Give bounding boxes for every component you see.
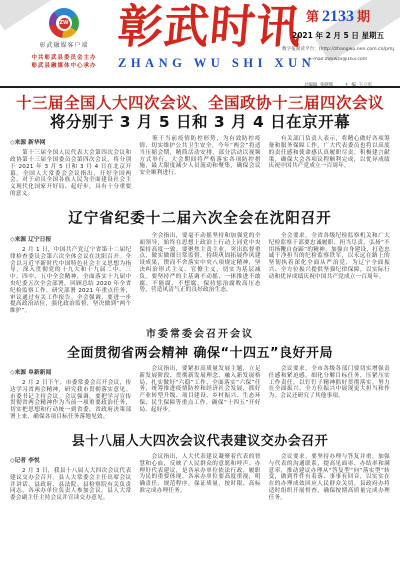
front-page-content: 十三届全国人大四次会议、全国政协十三届四次会议 将分别于 3 月 5 日和 3 … [0,94,400,502]
story3-headline: 全面贯彻省两会精神 确保“十四五”良好开局 [10,342,390,361]
story2-column-1: ◇来源 辽宁日报 2 月 1 日，中国共产党辽宁省第十二届纪律检查委员会第六次全… [10,233,131,315]
story1-column-2: 鉴于当前疫情防控形势，为有效防控疫情、切实维护公共卫生安全，今年“两会”将适当压… [139,136,260,198]
story4-columns: ◇记者 李悦 2 月 3 日，我县十八届人大四次会议代表建议交办会召开。县人大常… [10,454,390,502]
masthead: ZW 彰武融媒客户端 中共彰武县委员会主办 彰武县融媒体中心承办 彰武时讯 ZH… [0,0,400,88]
staff-credits: 总编辑 张晓辉 主 编 王立军 责 编 李丹丹 校 对 刘志强 [282,67,394,88]
story1-column-1: ◇来源 新华网 第十三届全国人民代表大会第四次会议和政协第十三届全国委员会第四次… [10,136,131,198]
pinwheel-logo-icon: ZW [49,8,79,38]
masthead-issue-block: 第2133期 2021 年 2 月 5 日 星期五 数字报阅读平台：(http:… [282,6,394,88]
story3-column-1: ◇来源 阜新新闻 2 月 2 日下午，市委常委会召开会议，传达学习省两会精神，研… [10,366,131,421]
staff-credits-row1: 总编辑 张晓辉 主 编 王立军 [282,82,394,88]
story1-headline-line2: 将分别于 3 月 5 日和 3 月 4 日在京开幕 [10,113,390,132]
story1-body-col3: 有关部门负责人表示，将精心做好各项筹备和服务保障工作，广大代表委员也将以高度的责… [269,136,390,170]
email-line: E-mail:zwxwzx@163.com [282,57,394,62]
organizer-lines: 中共彰武县委员会主办 彰武县融媒体中心承办 [10,54,118,71]
masthead-brand: ZW 彰武融媒客户端 中共彰武县委员会主办 彰武县融媒体中心承办 [10,4,118,71]
newspaper-title-latin: ZHANG WU SHI XUN [118,56,284,71]
newspaper-page: ZW 彰武融媒客户端 中共彰武县委员会主办 彰武县融媒体中心承办 彰武时讯 ZH… [0,0,400,566]
logo-monogram: ZW [59,18,70,29]
story2-column-3: 全会要求，全省各级纪检监察机关和广大纪检监察干部要忠诚履职、担当尽责，弘扬“不用… [269,233,390,315]
story2-body-col3: 全会要求，全省各级纪检监察机关和广大纪检监察干部要忠诚履职、担当尽责，弘扬“不用… [269,233,390,281]
story4-body-col2: 会议指出，人大代表建议凝聚着代表的智慧和心血，反映了人民群众的意愿和呼声。办理好… [139,454,260,495]
story4-column-2: 会议指出，人大代表建议凝聚着代表的智慧和心血，反映了人民群众的意愿和呼声。办理好… [139,454,260,502]
story1-column-3: 有关部门负责人表示，将精心做好各项筹备和服务保障工作，广大代表委员也将以高度的责… [269,136,390,198]
publication-date: 2021 年 2 月 5 日 星期五 [282,30,394,41]
story2-column-2: 全会指出，要毫不动摇坚持和加强党的全面领导，始终在思想上政治上行动上同党中央保持… [139,233,260,315]
story4-body-col1: 2 月 3 日，我县十八届人大四次会议代表建议交办会召开。县人大常委会主任出席会… [10,468,131,502]
logo-caption: 彰武融媒客户端 [10,40,118,49]
story3-columns: ◇来源 阜新新闻 2 月 2 日下午，市委常委会召开会议，传达学习省两会精神，研… [10,366,390,421]
organizer-line1: 中共彰武县委员会主办 [10,54,118,62]
story1-body-col2: 鉴于当前疫情防控形势，为有效防控疫情、切实维护公共卫生安全，今年“两会”将适当压… [139,136,260,177]
story3-column-2: 会议指出，要紧扣高质量发展主题，立足新发展阶段、贯彻新发展理念、融入新发展格局，… [139,366,260,421]
story2-byline: ◇来源 辽宁日报 [10,234,131,243]
story4-column-3: 会议要求，要坚持办理与答复并重，加强与代表的沟通联系，提高见面率、办结率和满意率… [269,454,390,502]
story-npc-sessions: 十三届全国人大四次会议、全国政协十三届四次会议 将分别于 3 月 5 日和 3 … [10,94,390,198]
story4-body-col3: 会议要求，要坚持办理与答复并重，加强与代表的沟通联系，提高见面率、办结率和满意率… [269,454,390,502]
story2-columns: ◇来源 辽宁日报 2 月 1 日，中国共产党辽宁省第十二届纪律检查委员会第六次全… [10,233,390,315]
story1-body-col1: 第十三届全国人民代表大会第四次会议和政协第十三届全国委员会第四次会议，将分别于 … [10,150,131,198]
story3-byline: ◇来源 阜新新闻 [10,367,131,376]
story-liaoning-plenary: 辽宁省纪委十二届六次全会在沈阳召开 ◇来源 辽宁日报 2 月 1 日，中国共产党… [10,207,390,315]
story3-kicker: 市委常委会召开会议 [10,325,390,340]
story-county-congress: 县十八届人大四次会议代表建议交办会召开 ◇记者 李悦 2 月 3 日，我县十八届… [10,430,390,502]
story-municipal-committee: 市委常委会召开会议 全面贯彻省两会精神 确保“十四五”良好开局 ◇来源 阜新新闻… [10,325,390,421]
newspaper-title: 彰武时讯 [116,2,286,52]
issue-suffix: 期 [357,9,370,24]
story4-headline: 县十八届人大四次会议代表建议交办会召开 [10,430,390,449]
story3-body-col3: 会议要求，全市各级各部门要切实增强责任感和紧迫感，细化分解目标任务，压紧压实工作… [269,366,390,400]
story3-body-col1: 2 月 2 日下午，市委常委会召开会议，传达学习省两会精神，研究我市贯彻落实意见… [10,380,131,421]
digital-platform-line: 数字报阅读平台：(http://zhangwu.nen.com.cn/pmp) [282,46,394,52]
story3-body-col2: 会议指出，要紧扣高质量发展主题，立足新发展阶段、贯彻新发展理念、融入新发展格局，… [139,366,260,414]
story4-byline: ◇记者 李悦 [10,455,131,464]
story3-column-3: 会议要求，全市各级各部门要切实增强责任感和紧迫感，细化分解目标任务，压紧压实工作… [269,366,390,421]
story2-headline: 辽宁省纪委十二届六次全会在沈阳召开 [10,207,390,228]
story2-body-col2: 全会指出，要毫不动摇坚持和加强党的全面领导，始终在思想上政治上行动上同党中央保持… [139,233,260,294]
masthead-title-block: 彰武时讯 ZHANG WU SHI XUN [118,2,284,71]
story2-body-col1: 2 月 1 日，中国共产党辽宁省第十二届纪律检查委员会第六次全体会议在沈阳召开。… [10,247,131,315]
issue-prefix: 第 [306,9,319,24]
story1-columns: ◇来源 新华网 第十三届全国人民代表大会第四次会议和政协第十三届全国委员会第四次… [10,136,390,198]
story1-byline: ◇来源 新华网 [10,137,131,146]
issue-number-line: 第2133期 [282,6,394,26]
story1-headline-line1: 十三届全国人大四次会议、全国政协十三届四次会议 [10,94,390,113]
issue-number: 2133 [319,8,357,25]
organizer-line2: 彰武县融媒体中心承办 [10,62,118,70]
story4-column-1: ◇记者 李悦 2 月 3 日，我县十八届人大四次会议代表建议交办会召开。县人大常… [10,454,131,502]
story1-headline: 十三届全国人大四次会议、全国政协十三届四次会议 将分别于 3 月 5 日和 3 … [10,94,390,131]
